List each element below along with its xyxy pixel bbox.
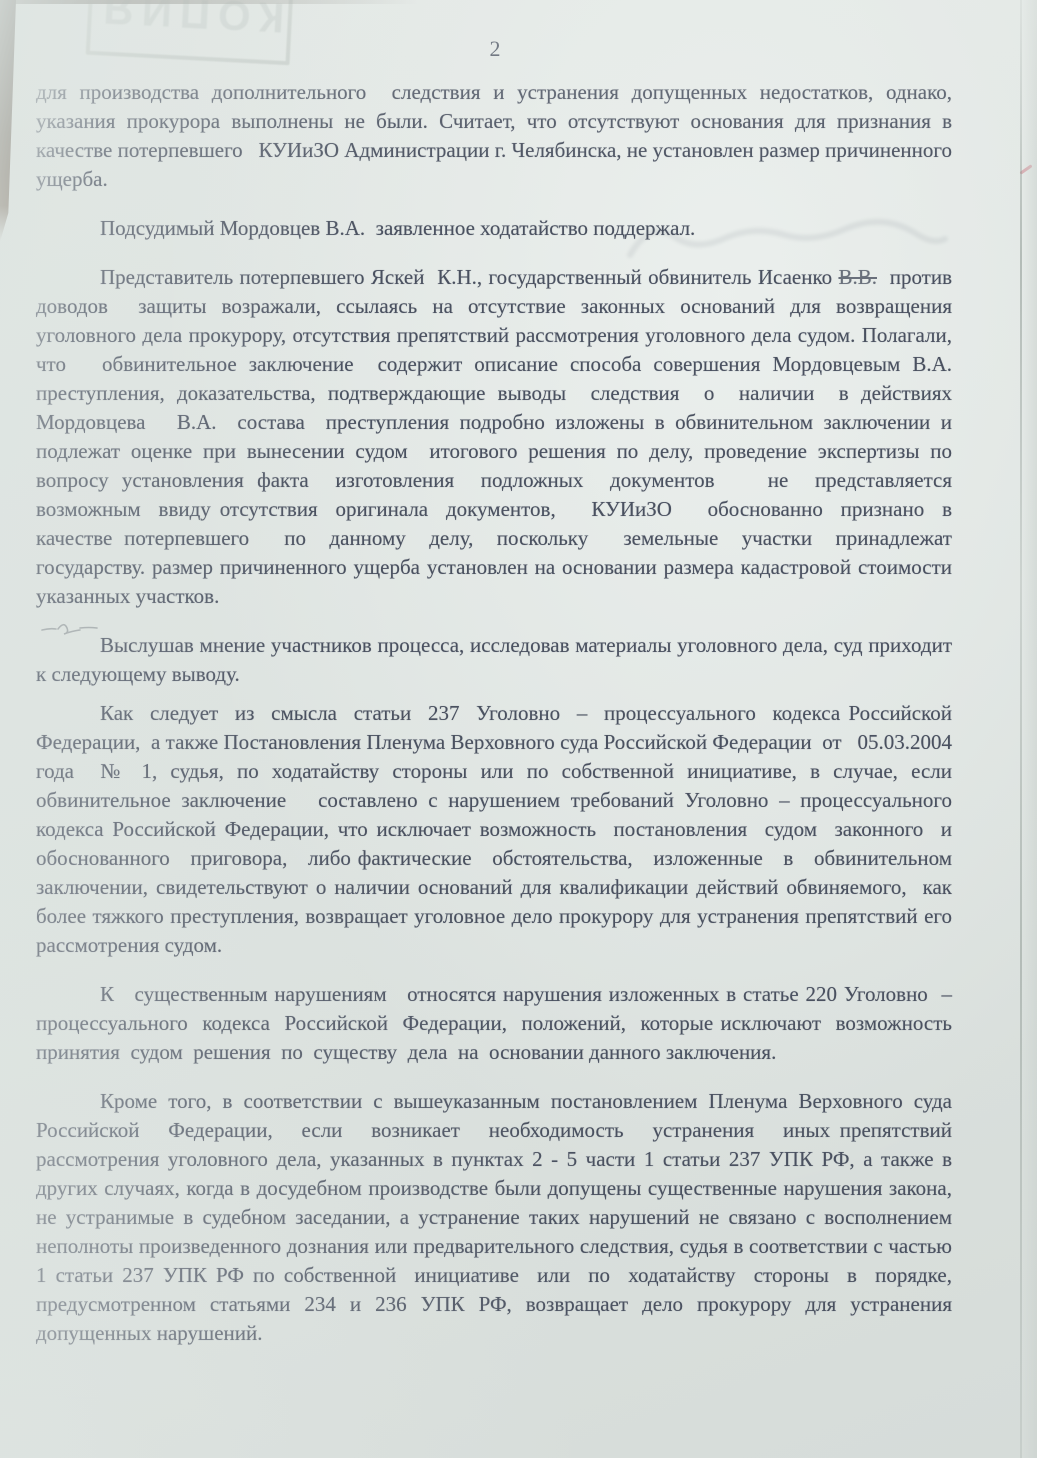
paragraph: Подсудимый Мордовцев В.А. заявленное ход… [36,214,952,243]
paragraph: К существенным нарушениям относятся нару… [36,980,952,1067]
text-run: Выслушав мнение участников процесса, исс… [36,633,957,686]
text-run: Представитель потерпевшего Яскей К.Н., г… [100,265,838,289]
struck-text: В.В. [838,265,877,289]
right-edge-shading [1022,0,1037,1458]
scanned-court-document-page: КОПИЯ 2 для производства дополнительного… [0,0,1037,1458]
text-run: Кроме того, в соответствии с вышеуказанн… [36,1089,968,1345]
paragraph: Как следует из смысла статьи 237 Уголовн… [36,699,952,960]
text-run: против доводов защиты возражали, ссылаяс… [36,265,963,608]
handwritten-mark [40,620,100,643]
paragraph: Представитель потерпевшего Яскей К.Н., г… [36,263,952,611]
text-run: для производства дополнительного следств… [36,80,957,191]
page-number: 2 [0,36,990,62]
paragraph: Выслушав мнение участников процесса, исс… [36,631,952,689]
text-run: Как следует из смысла статьи 237 Уголовн… [36,701,968,957]
text-run: К существенным нарушениям относятся нару… [36,982,963,1064]
paragraph: Кроме того, в соответствии с вышеуказанн… [36,1087,952,1348]
paragraph: для производства дополнительного следств… [36,78,952,194]
document-body: для производства дополнительного следств… [36,78,952,1368]
text-run: Подсудимый Мордовцев В.А. заявленное ход… [100,216,695,240]
